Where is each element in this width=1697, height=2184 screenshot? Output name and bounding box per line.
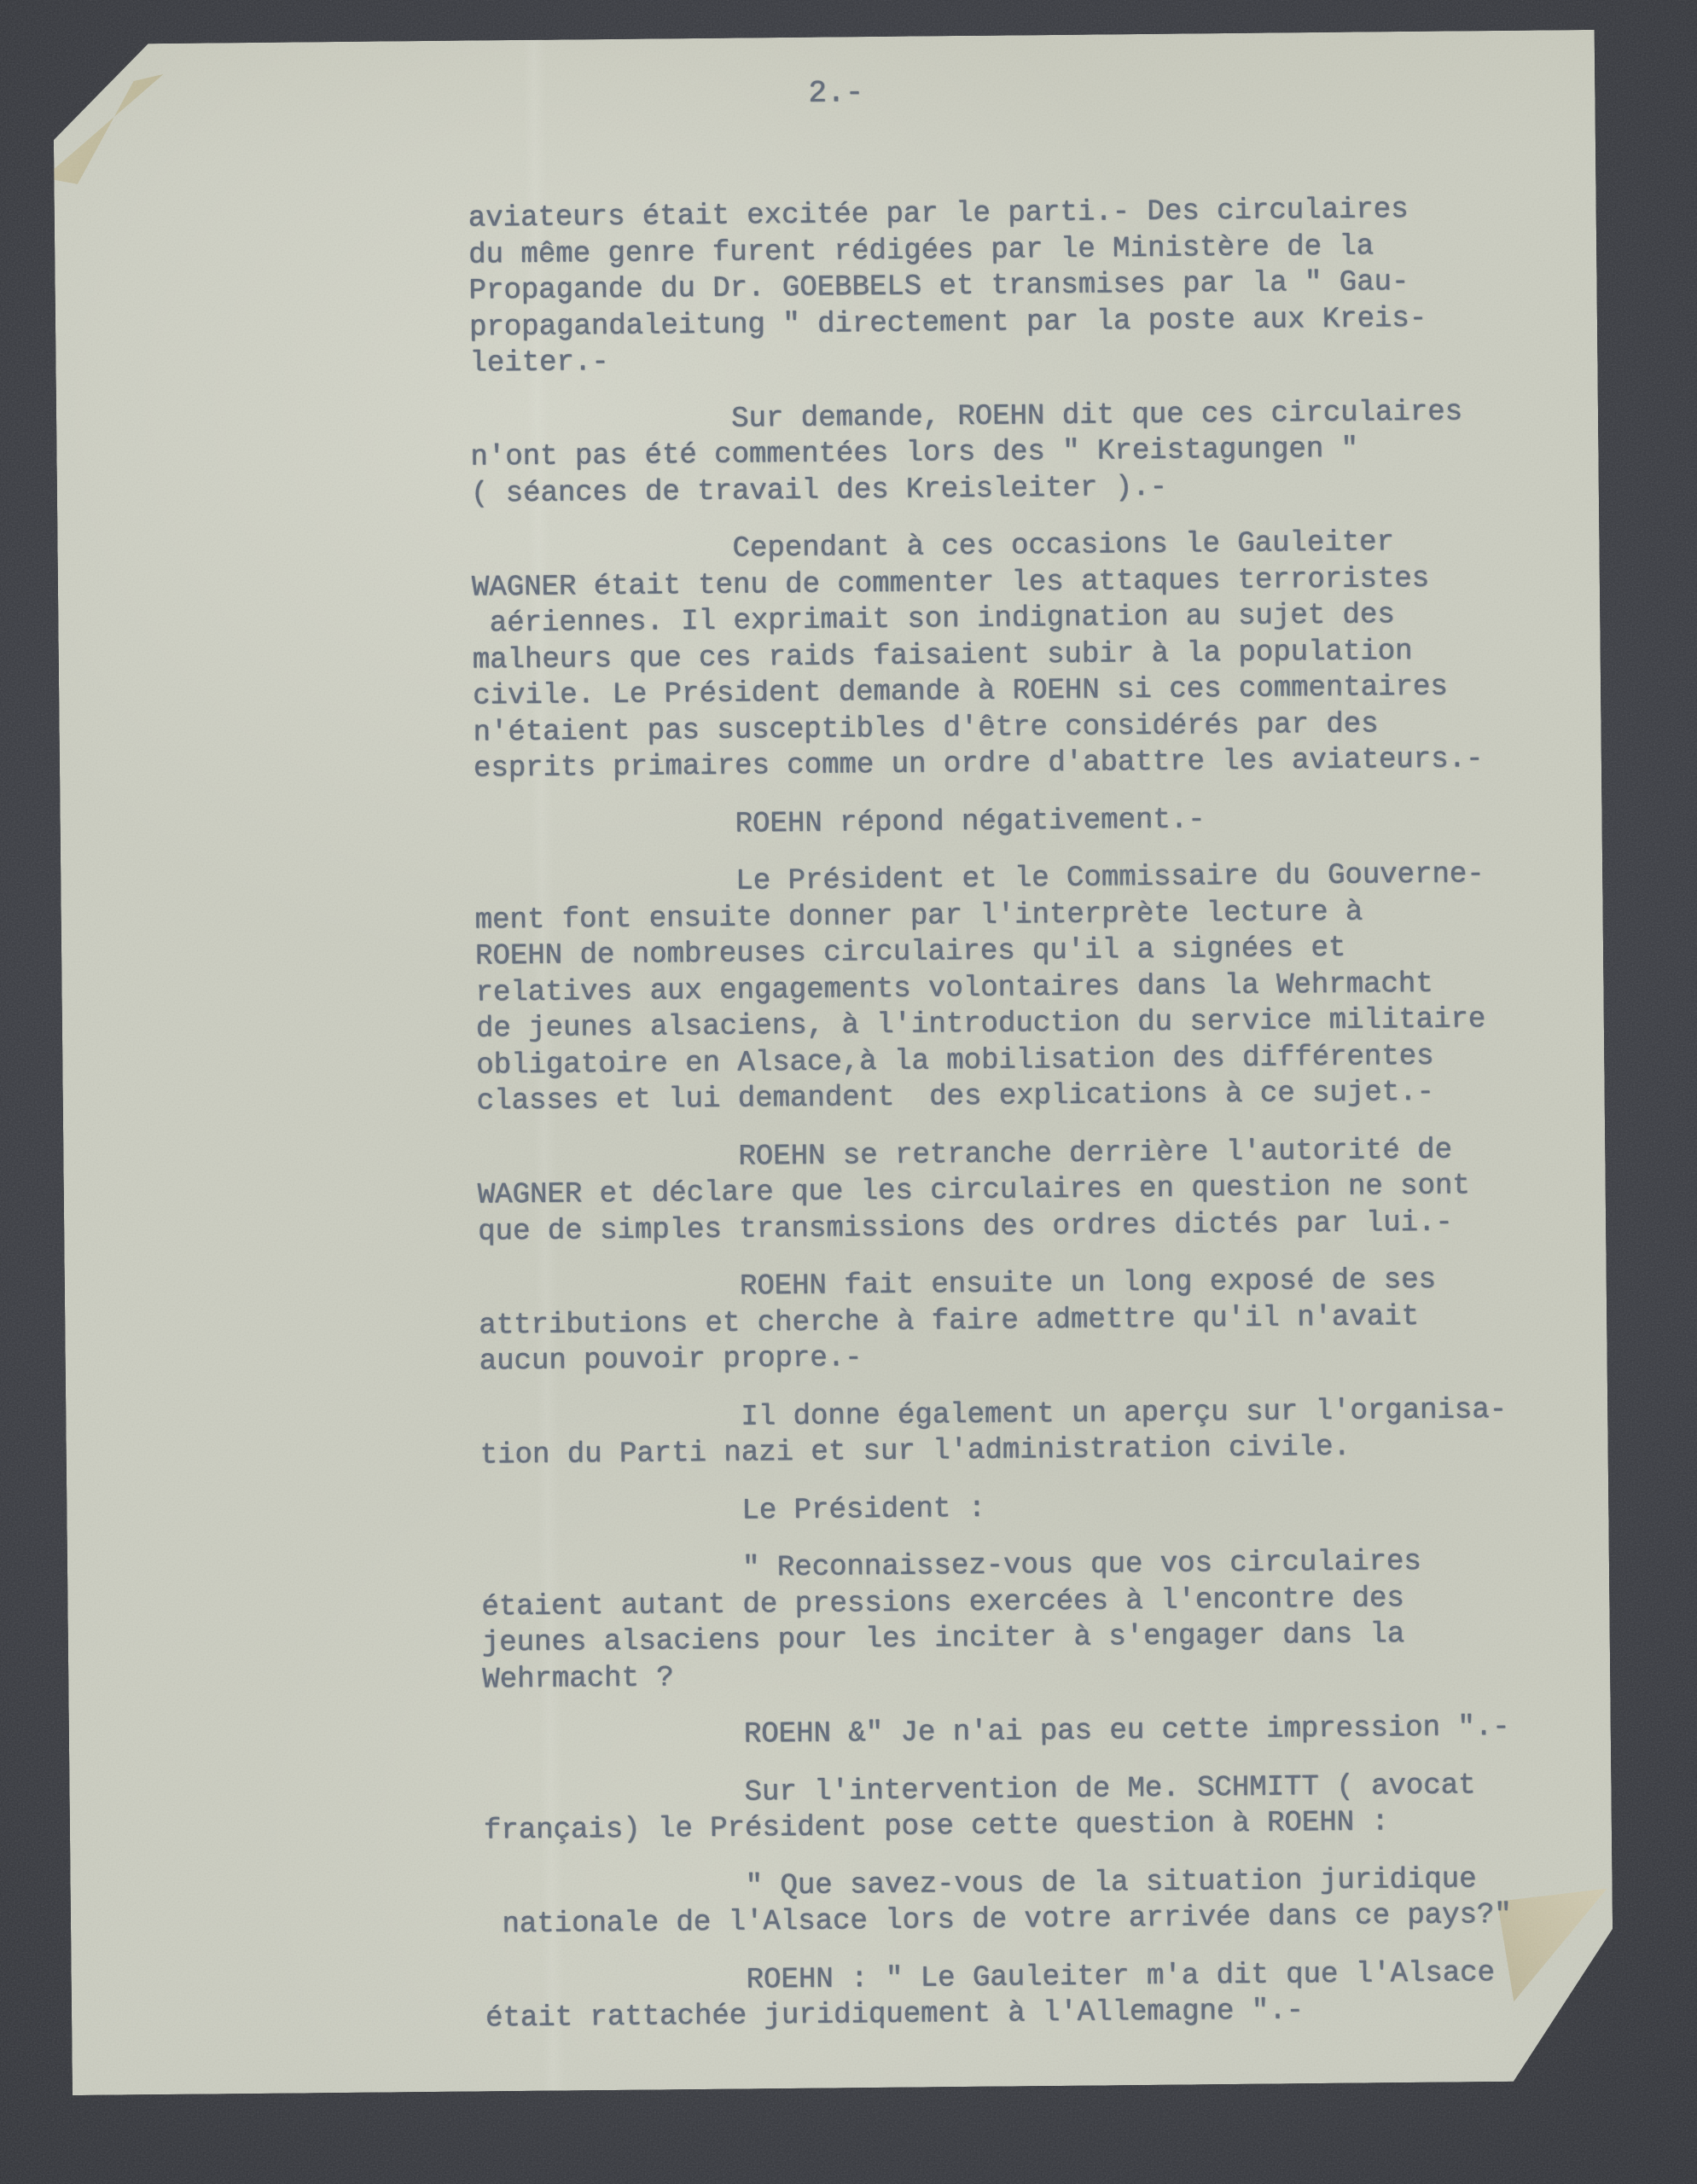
paragraph: ROEHN &" Je n'ai pas eu cette impression… (483, 1710, 1510, 1756)
text-line: ROEHN &" Je n'ai pas eu cette impression… (483, 1710, 1510, 1756)
paragraph: ROEHN : " Le Gauleiter m'a dit que l'Als… (485, 1955, 1513, 2037)
paragraph: " Reconnaissez-vous que vos circulairesé… (481, 1543, 1509, 1699)
paragraph: Il donne également un aperçu sur l'organ… (479, 1391, 1508, 1474)
paragraph: Cependant à ces occasions le GauleiterWA… (471, 524, 1501, 787)
paragraph: ROEHN fait ensuite un long exposé de ses… (479, 1262, 1507, 1380)
paragraph: Le Président et le Commissaire du Gouver… (474, 857, 1504, 1120)
page-number: 2.- (808, 74, 863, 113)
text-line: ROEHN répond négativement.- (474, 799, 1501, 845)
text-line: Le Président : (480, 1485, 1508, 1531)
paragraph: " Que savez-vous de la situation juridiq… (484, 1861, 1512, 1943)
paragraph: ROEHN répond négativement.- (474, 799, 1501, 845)
paragraph: Sur l'intervention de Me. SCHMITT ( avoc… (483, 1767, 1511, 1850)
scanned-page: 2.- aviateurs était excitée par le parti… (53, 30, 1614, 2095)
paragraph: ROEHN se retranche derrière l'autorité d… (477, 1131, 1505, 1250)
paragraph: aviateurs était excitée par le parti.- D… (468, 191, 1497, 382)
paragraph: Sur demande, ROEHN dit que ces circulair… (470, 393, 1498, 512)
document-text: aviateurs était excitée par le parti.- D… (468, 191, 1514, 2059)
paragraph: Le Président : (480, 1485, 1508, 1531)
